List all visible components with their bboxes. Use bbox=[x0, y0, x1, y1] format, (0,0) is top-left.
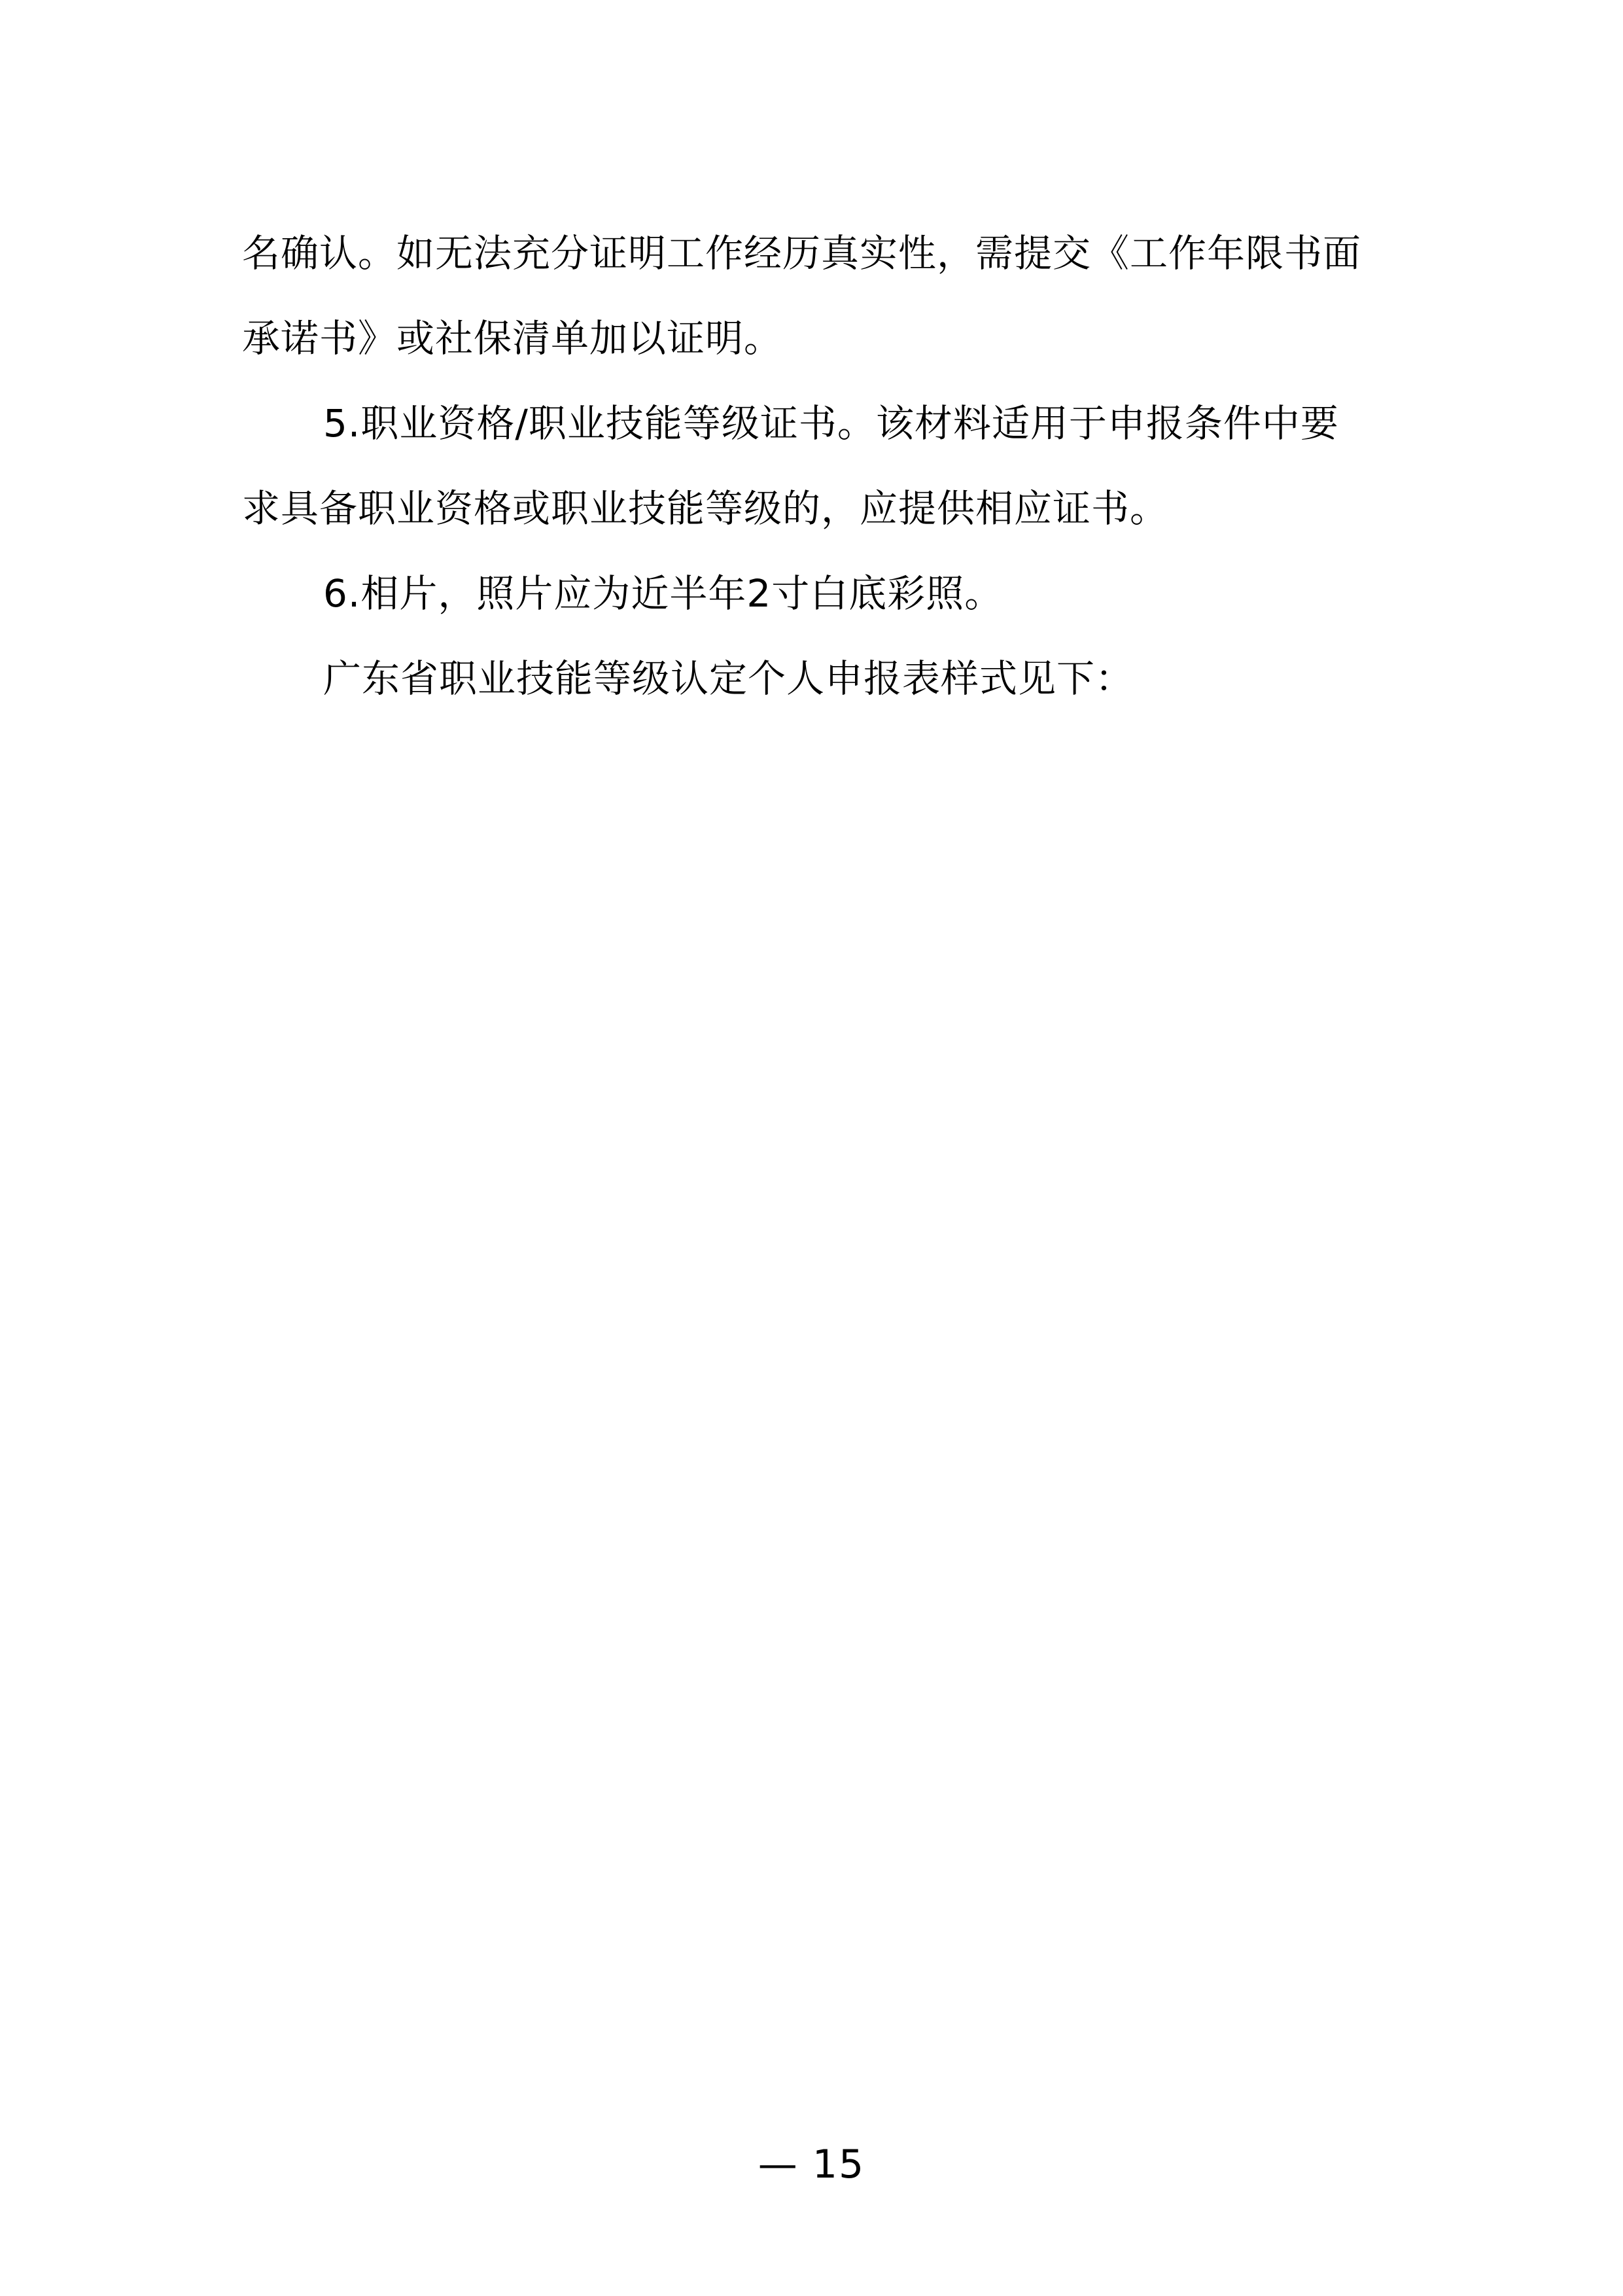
page-number: — 15 bbox=[0, 2132, 1623, 2197]
paragraph-continuation-line-2: 承诺书》或社保清单加以证明。 bbox=[242, 296, 1393, 381]
form-sample-intro: 广东省职业技能等级认定个人申报表样式见下： bbox=[242, 636, 1393, 721]
item-5-certificate-line-2: 求具备职业资格或职业技能等级的，应提供相应证书。 bbox=[242, 466, 1393, 551]
item-6-photo: 6.相片，照片应为近半年2寸白底彩照。 bbox=[242, 551, 1393, 636]
paragraph-continuation-line-1: 名确认。如无法充分证明工作经历真实性，需提交《工作年限书面 bbox=[242, 211, 1393, 296]
item-5-certificate-line-1: 5.职业资格/职业技能等级证书。该材料适用于申报条件中要 bbox=[242, 381, 1393, 466]
document-page: 名确认。如无法充分证明工作经历真实性，需提交《工作年限书面 承诺书》或社保清单加… bbox=[0, 0, 1623, 2296]
body-text: 名确认。如无法充分证明工作经历真实性，需提交《工作年限书面 承诺书》或社保清单加… bbox=[242, 211, 1393, 721]
